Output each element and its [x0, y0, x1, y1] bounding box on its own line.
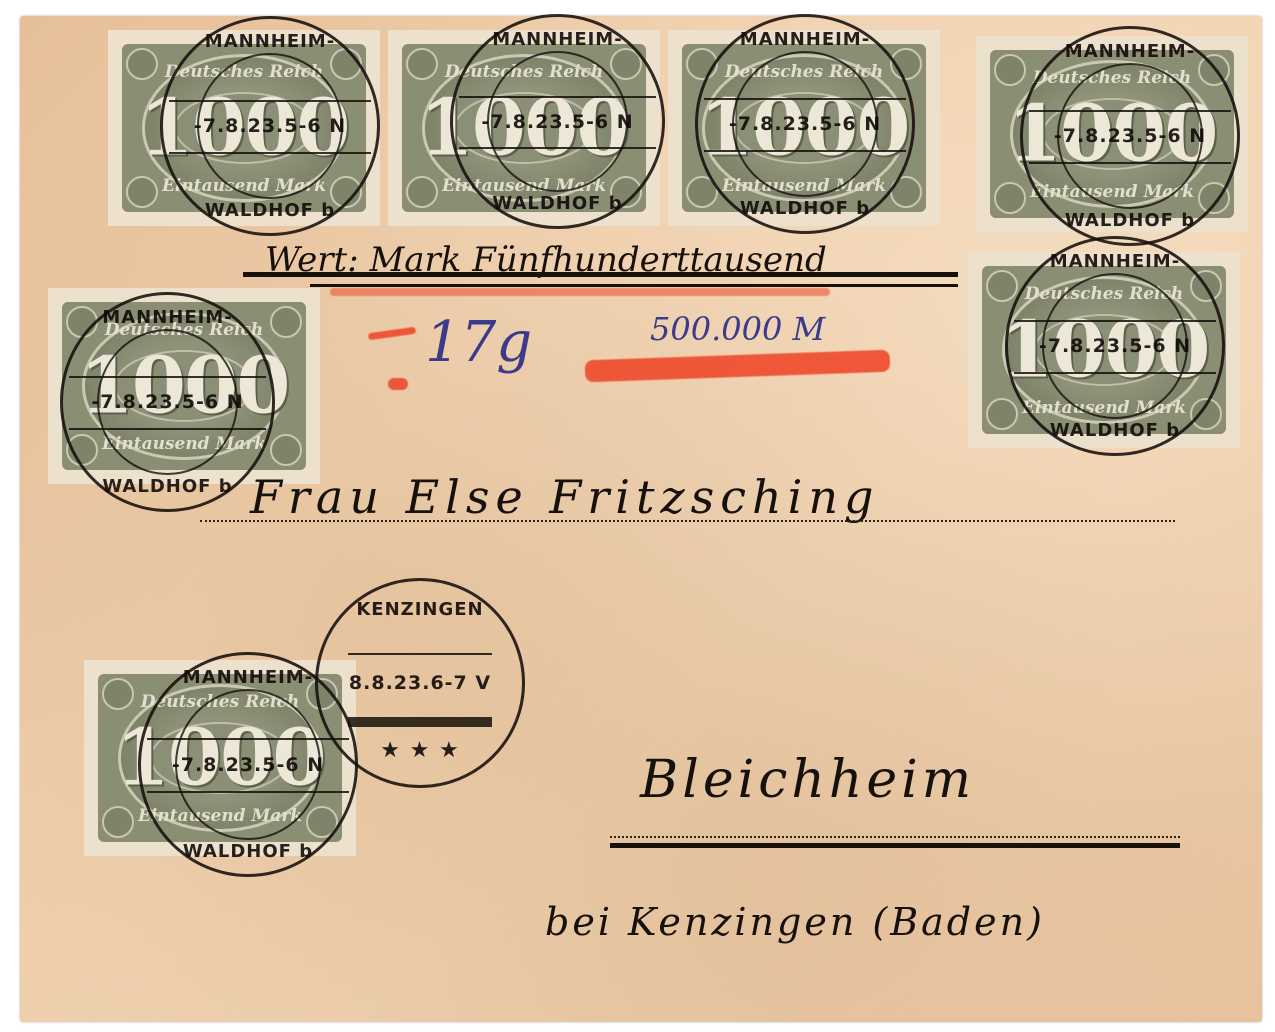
- postmark-mannheim-waldhof: MANNHEIM- -7.8.23.5-6 N WALDHOF b: [160, 16, 380, 236]
- postmark-date: -7.8.23.5-6 N: [1008, 335, 1222, 357]
- postmark-office: WALDHOF b: [163, 200, 377, 221]
- value-figure: 500.000 M: [650, 310, 825, 348]
- postmark-bar-top: [69, 376, 266, 378]
- postmark-bar-bottom: [704, 150, 906, 152]
- postmark-bar-top: [348, 653, 492, 655]
- postmark-bar-bottom: [147, 791, 349, 793]
- postmark-bar-top: [459, 96, 656, 98]
- postmark-office: WALDHOF b: [1008, 420, 1222, 441]
- postmark-city: MANNHEIM-: [63, 307, 272, 328]
- declaration-underline-top: [243, 272, 958, 277]
- postmark-city: MANNHEIM-: [698, 29, 912, 50]
- postmark-mannheim-waldhof: MANNHEIM- -7.8.23.5-6 N WALDHOF b: [60, 292, 275, 512]
- postmark-city: MANNHEIM-: [163, 31, 377, 52]
- postmark-date: -7.8.23.5-6 N: [698, 113, 912, 135]
- postmark-bar-top: [169, 100, 371, 102]
- postmark-office: WALDHOF b: [453, 193, 662, 214]
- postmark-office: WALDHOF b: [1023, 210, 1237, 231]
- postmark-mannheim-waldhof: MANNHEIM- -7.8.23.5-6 N WALDHOF b: [1020, 26, 1240, 246]
- postmark-date: -7.8.23.5-6 N: [63, 391, 272, 413]
- postmark-mannheim-waldhof: MANNHEIM- -7.8.23.5-6 N WALDHOF b: [1005, 236, 1225, 456]
- postmark-bar-top: [704, 98, 906, 100]
- postmark-bar-bottom: [69, 428, 266, 430]
- destination-region: bei Kenzingen (Baden): [545, 900, 1045, 944]
- town-underline: [610, 843, 1180, 848]
- addressee-name: Frau Else Fritzsching: [250, 470, 879, 524]
- postmark-date: -7.8.23.5-6 N: [453, 111, 662, 133]
- postmark-stars: ★ ★ ★: [318, 738, 522, 763]
- postmark-date: 8.8.23.6-7 V: [318, 672, 522, 694]
- postmark-bar-bottom: [348, 717, 492, 727]
- postmark-bar-bottom: [169, 152, 371, 154]
- destination-town: Bleichheim: [640, 750, 975, 810]
- postmark-office: WALDHOF b: [63, 476, 272, 497]
- red-crayon-mark-dot: [388, 378, 408, 390]
- postmark-bar-bottom: [1029, 162, 1231, 164]
- postmark-city: MANNHEIM-: [1008, 251, 1222, 272]
- address-dotted-line-2: [610, 836, 1180, 838]
- postmark-date: -7.8.23.5-6 N: [1023, 125, 1237, 147]
- postmark-office: WALDHOF b: [698, 198, 912, 219]
- postmark-mannheim-waldhof: MANNHEIM- -7.8.23.5-6 N WALDHOF b: [695, 14, 915, 234]
- postmark-city: KENZINGEN: [318, 599, 522, 620]
- postmark-bar-top: [1029, 110, 1231, 112]
- red-crayon-underline-1: [330, 288, 830, 296]
- postmark-city: MANNHEIM-: [453, 29, 662, 50]
- declaration-underline-bottom: [310, 284, 958, 287]
- address-dotted-line-1: [200, 520, 1175, 522]
- postmark-kenzingen: KENZINGEN 8.8.23.6-7 V ★ ★ ★: [315, 578, 525, 788]
- postmark-mannheim-waldhof: MANNHEIM- -7.8.23.5-6 N WALDHOF b: [450, 14, 665, 229]
- weight-note: 17g: [425, 310, 532, 375]
- postmark-bar-bottom: [1014, 372, 1216, 374]
- postmark-date: -7.8.23.5-6 N: [163, 115, 377, 137]
- postmark-bar-bottom: [459, 147, 656, 149]
- postmark-office: WALDHOF b: [141, 841, 355, 862]
- postmark-city: MANNHEIM-: [1023, 41, 1237, 62]
- postmark-bar-top: [1014, 320, 1216, 322]
